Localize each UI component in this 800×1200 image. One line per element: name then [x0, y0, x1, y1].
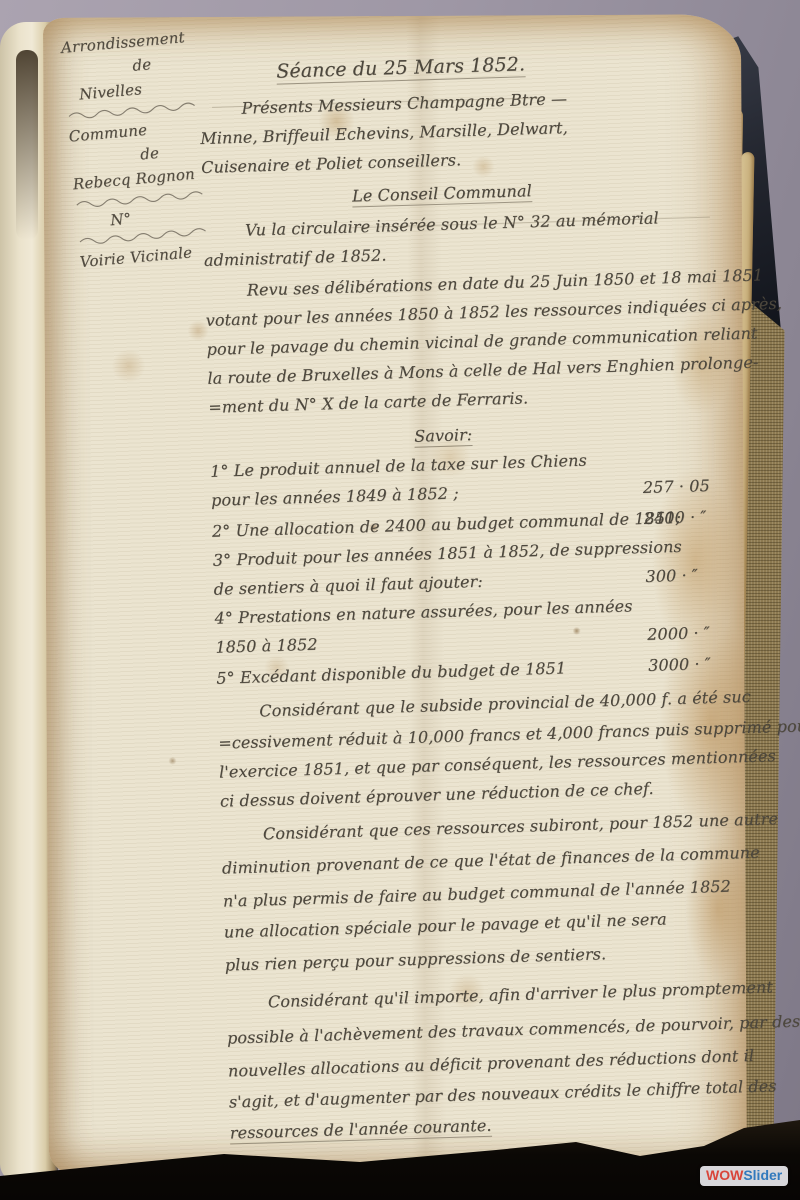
amount-value: 3000 · ″	[648, 649, 712, 680]
amount-value: 257 · 05	[642, 471, 710, 502]
gutter-shadow	[16, 50, 38, 240]
amount-value: 2000 · ″	[647, 618, 711, 649]
amount-value: 300 · ″	[645, 560, 698, 591]
minutes-text: Séance du 25 Mars 1852. Présents Messieu…	[198, 44, 770, 1149]
watermark-wow-text: WOW	[706, 1167, 743, 1183]
amount-value: 2400 · ″	[643, 502, 707, 533]
watermark-slider-text: Slider	[743, 1167, 782, 1183]
wowslider-watermark[interactable]: WOWSlider	[700, 1166, 788, 1186]
